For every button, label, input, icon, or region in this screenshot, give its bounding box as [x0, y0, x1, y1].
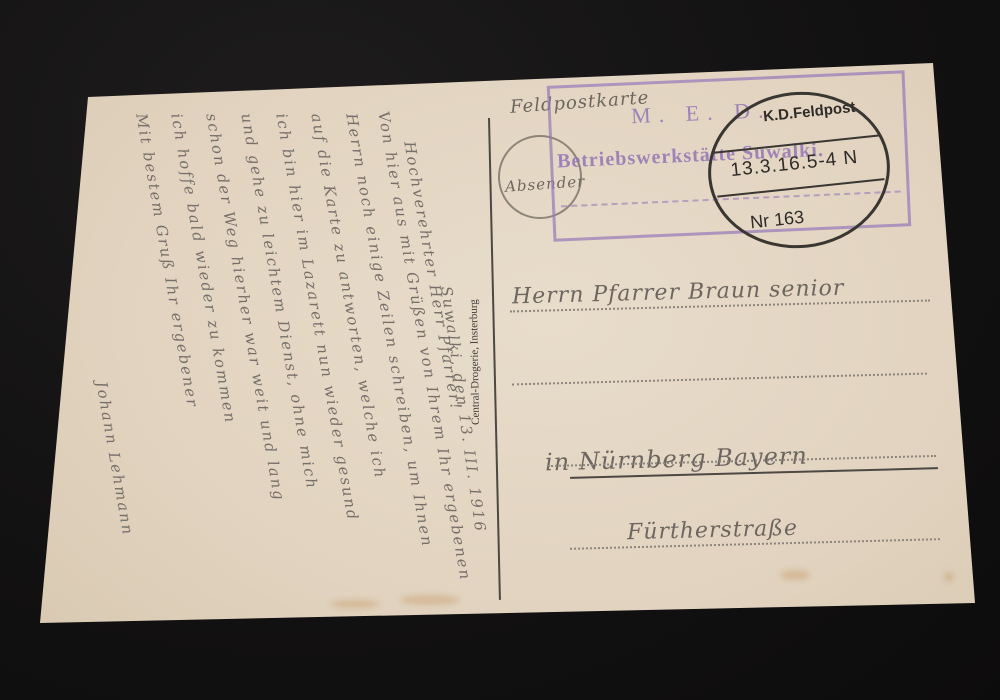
postmark-bar	[717, 178, 884, 198]
stain	[944, 572, 954, 582]
stain	[780, 570, 810, 580]
printer-imprint: Central-Drogerie, Insterburg	[468, 299, 482, 425]
postmark-date: 13.3.16.5-4 N	[730, 147, 860, 182]
center-divider-line	[488, 118, 501, 600]
postmark-top: K.D.Feldpost	[762, 99, 856, 126]
postcard: Suwalki, den 13. III. 1916 Hochverehrter…	[0, 0, 1000, 700]
stain	[400, 595, 460, 605]
message-signature: Johann Lehmann	[92, 380, 137, 537]
address-dotted-line	[512, 373, 927, 386]
address-line-4: Fürtherstraße	[627, 516, 799, 545]
stain	[330, 600, 380, 608]
postmark-number: Nr 163	[749, 207, 805, 234]
